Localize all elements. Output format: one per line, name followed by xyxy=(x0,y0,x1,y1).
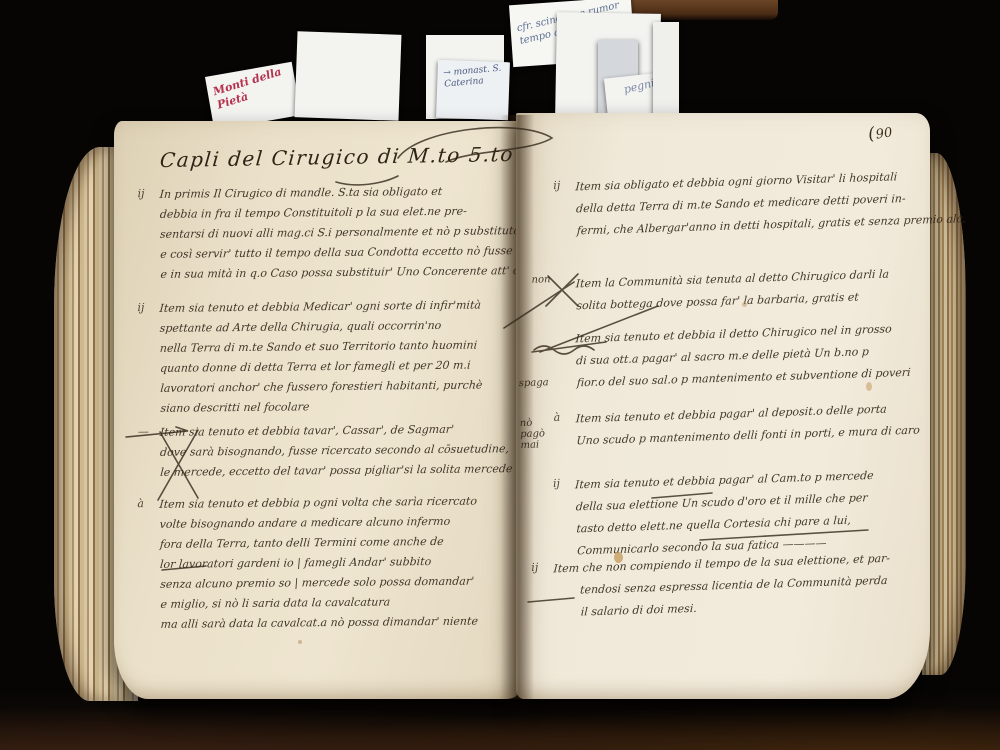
margin-mark: — xyxy=(138,425,149,438)
open-book: Capli del Cirugico di M.to 5.to ij In pr… xyxy=(48,105,963,725)
margin-note-non: non xyxy=(531,274,550,286)
page-title: Capli del Cirugico di M.to 5.to xyxy=(159,142,515,172)
left-paragraph-1: ij In primis Il Cirugico di mandle. S.ta… xyxy=(159,181,514,285)
ink-stain xyxy=(866,382,872,391)
left-page: Capli del Cirugico di M.to 5.to ij In pr… xyxy=(114,121,520,699)
right-paragraph-1: ij Item sia obligato et debbia ogni gior… xyxy=(575,166,917,243)
tab-label: → monast. S.Caterina xyxy=(436,58,510,92)
right-paragraph-4: à nò pagò mai Item sia tenuto et debbia … xyxy=(575,398,916,453)
left-paragraph-2: ij Item sia tenuto et debbia Medicar' og… xyxy=(159,295,514,419)
manuscript-photo: Monti dellaPietà → monast. S.Caterina cf… xyxy=(0,0,1000,750)
right-page: (90 ij Item sia obligato et debbia ogni … xyxy=(516,113,930,699)
ink-stain xyxy=(298,640,302,644)
margin-mark: à xyxy=(137,497,144,510)
margin-mark: ij xyxy=(137,301,144,314)
ink-stain xyxy=(742,302,747,307)
folio-number: (90 xyxy=(867,121,894,144)
left-paragraph-4: à Item sia tenuto et debbia p ogni volta… xyxy=(159,491,514,635)
margin-mark: ij xyxy=(553,477,560,490)
right-paragraph-2: non Item la Communità sia tenuta al dett… xyxy=(575,263,916,318)
left-paragraph-3-crossed: — Item sia tenuto et debbia tavar', Cass… xyxy=(160,419,515,483)
ink-stain xyxy=(614,552,623,563)
margin-mark: ij xyxy=(138,187,145,200)
margin-mark: ij xyxy=(553,179,560,192)
book-spine-gutter xyxy=(500,115,534,699)
right-paragraph-6: ij Item che non compiendo il tempo de la… xyxy=(553,548,895,625)
